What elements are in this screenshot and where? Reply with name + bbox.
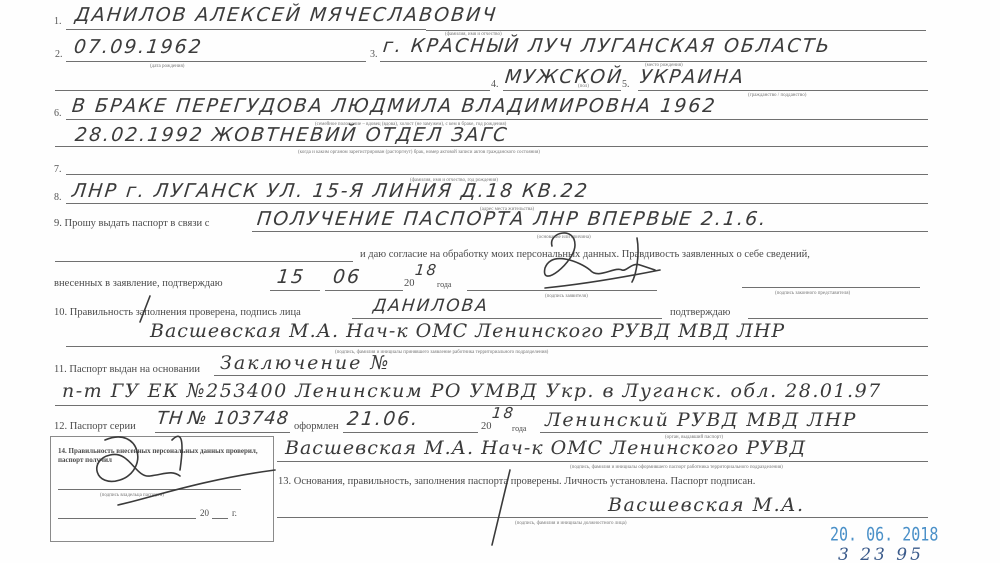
applicant-signature <box>545 233 660 288</box>
checker-stroke <box>140 296 150 322</box>
officer-signature-stroke <box>492 470 510 545</box>
passport-application-form: 1. ДАНИЛОВ АЛЕКСЕЙ МЯЧЕСЛАВОВИЧ (фамилия… <box>0 0 1000 563</box>
recipient-signature <box>97 436 275 505</box>
signature-strokes <box>0 0 1000 563</box>
